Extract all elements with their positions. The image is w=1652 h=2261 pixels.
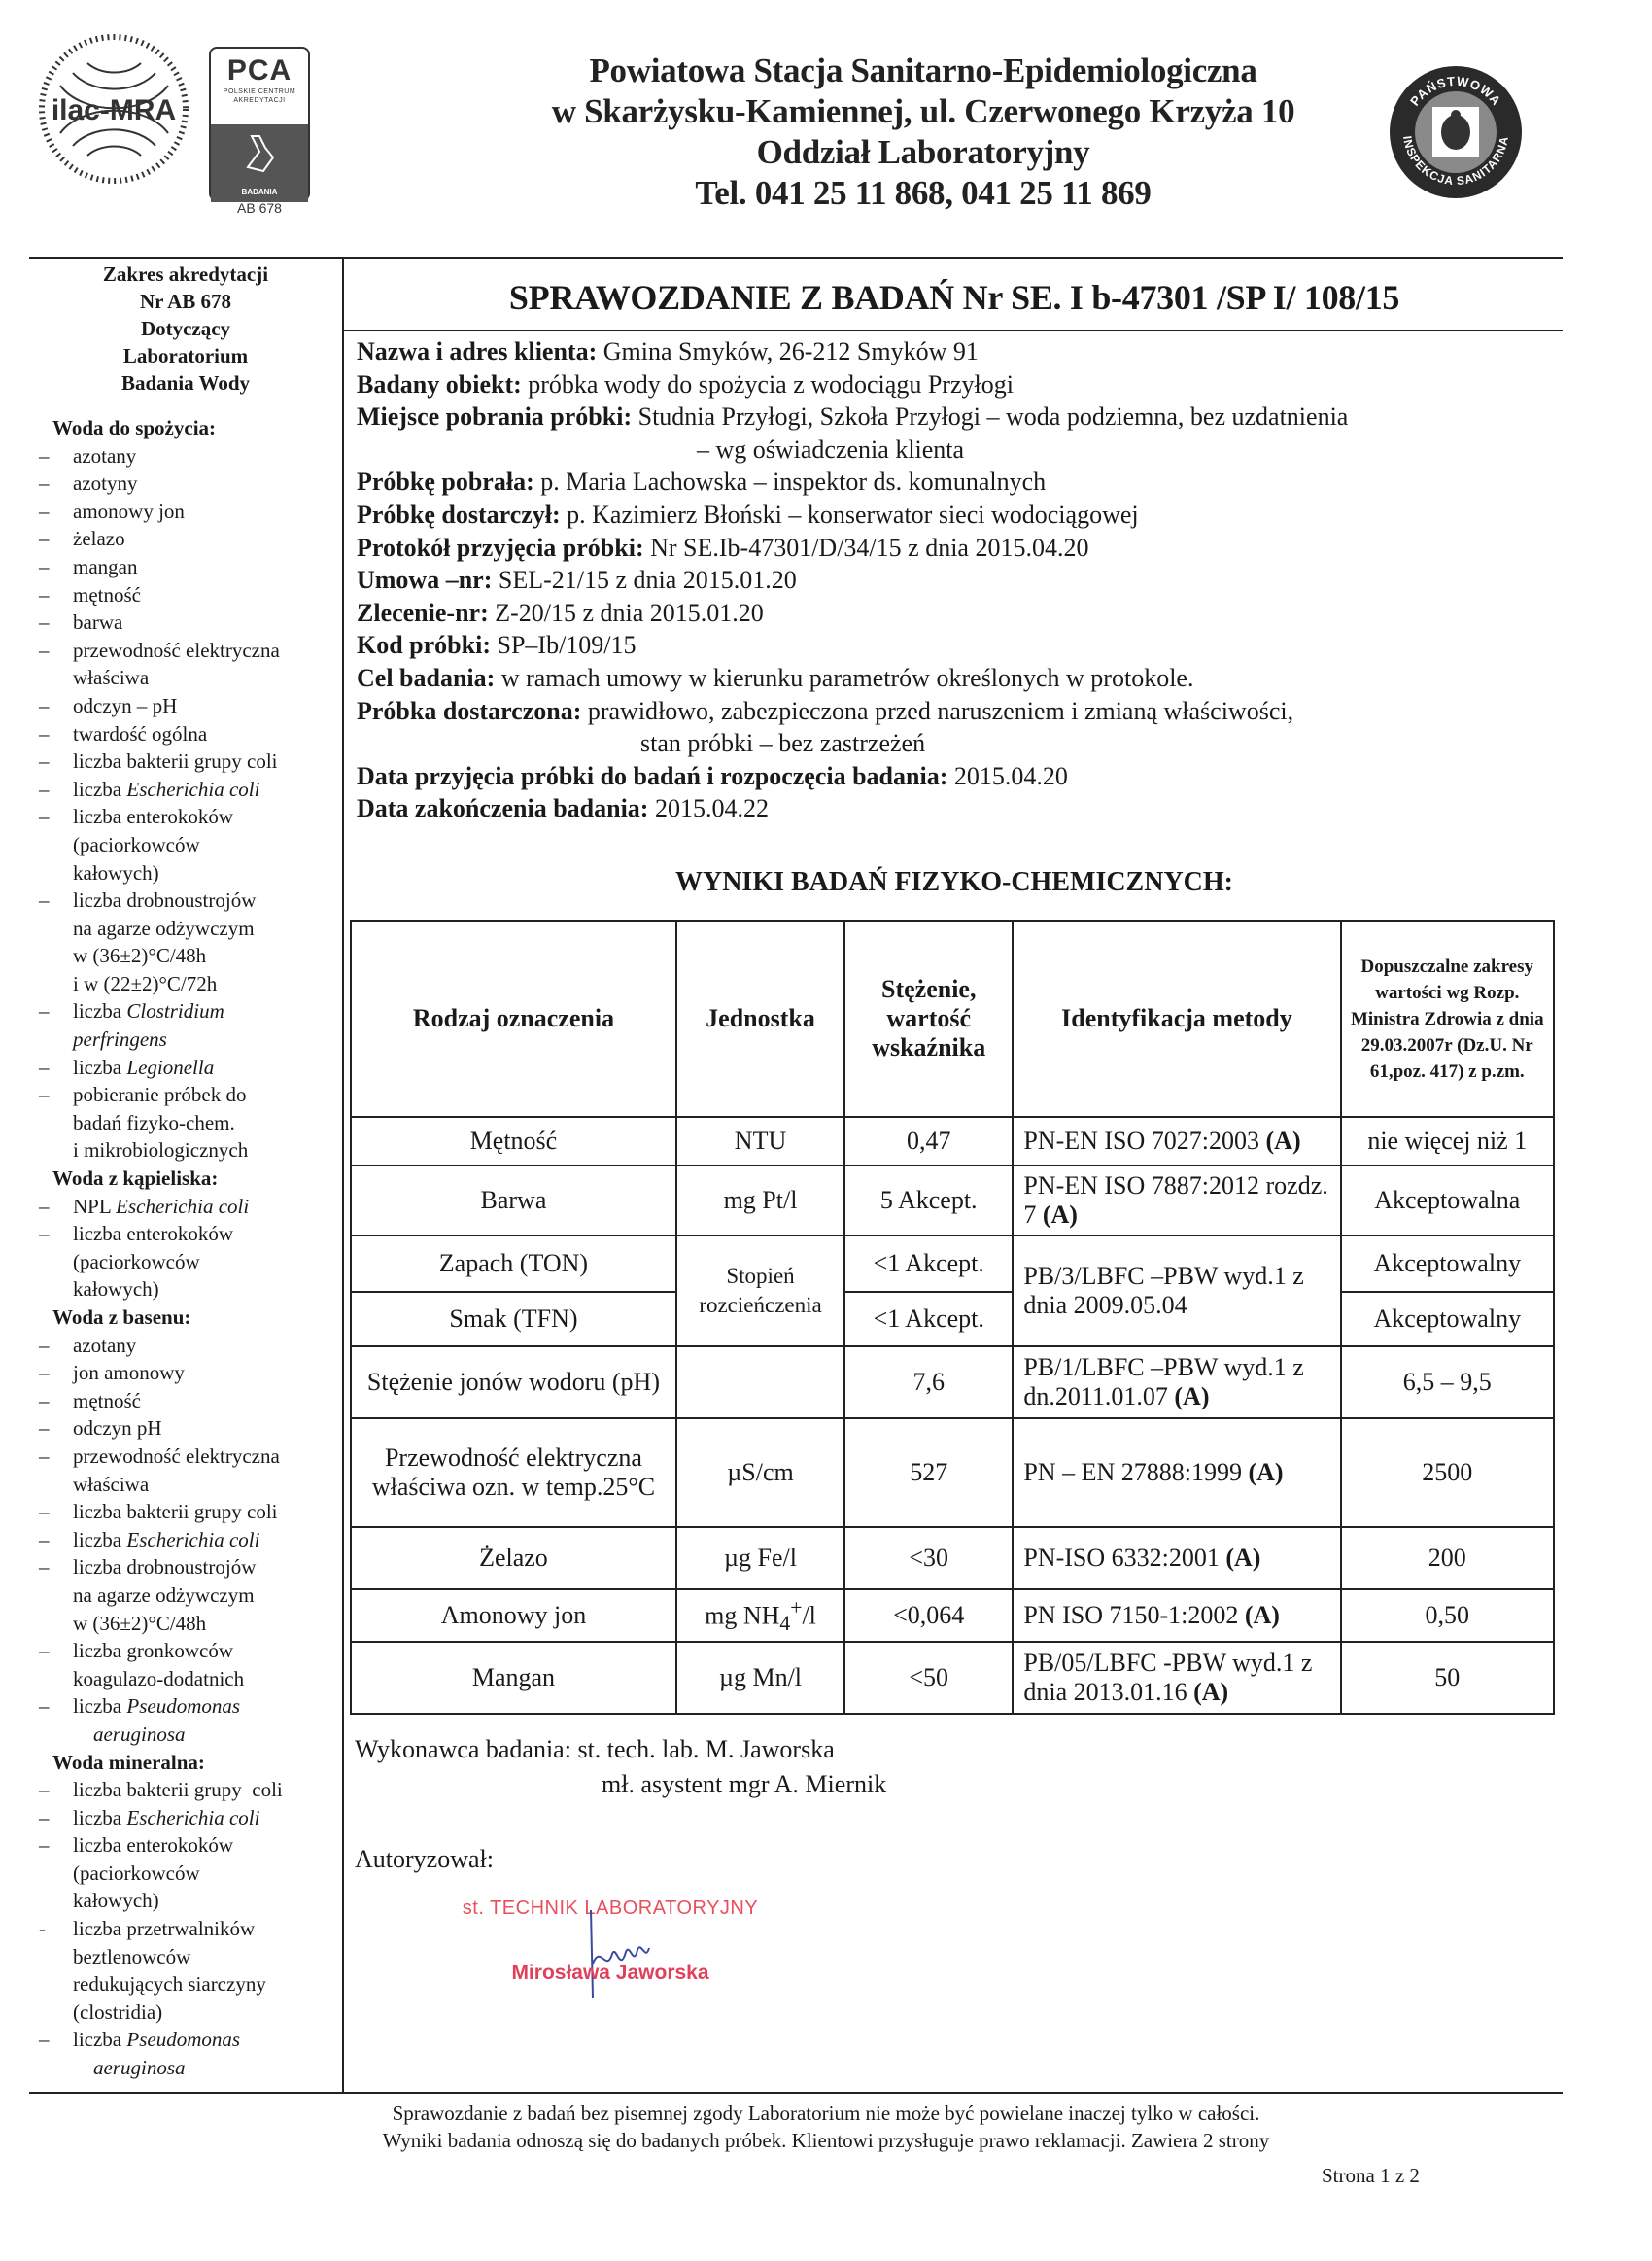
list-item-line: perfringens — [73, 1026, 340, 1054]
accreditation-flag: (A) — [1043, 1200, 1078, 1229]
info-field: Data przyjęcia próbki do badań i rozpocz… — [357, 760, 1562, 793]
field-value: próbka wody do spożycia z wodociągu Przy… — [522, 370, 1014, 399]
table-row: Zapach (TON)Stopieńrozcieńczenia<1 Akcep… — [351, 1235, 1554, 1292]
dash-bullet: – — [39, 803, 50, 831]
section-title: Woda do spożycia: — [31, 414, 340, 442]
list-item-line: przewodność elektryczna — [73, 1443, 340, 1471]
accreditation-flag: (A) — [1248, 1458, 1283, 1486]
list-item: –liczba enterokoków(paciorkowcówkałowych… — [31, 1220, 340, 1304]
list-item-line: amonowy jon — [73, 498, 340, 526]
performed-by: Wykonawca badania: st. tech. lab. M. Jaw… — [355, 1732, 886, 1802]
authorization-stamp: st. TECHNIK LABORATORYJNY Mirosława Jawo… — [445, 1886, 775, 2012]
field-value: prawidłowo, zabezpieczona przed naruszen… — [581, 697, 1293, 725]
field-label: Badany obiekt: — [357, 370, 522, 399]
dash-bullet: – — [39, 1081, 50, 1109]
list-item: –przewodność elektrycznawłaściwa — [31, 637, 340, 692]
report-info: Nazwa i adres klienta: Gmina Smyków, 26-… — [357, 335, 1562, 825]
accreditation-flag: (A) — [1174, 1382, 1209, 1410]
col-unit: Jednostka — [676, 921, 844, 1117]
list-item-line: (paciorkowców — [73, 1248, 340, 1276]
cell-unit: µS/cm — [676, 1418, 844, 1527]
cell-value: 7,6 — [844, 1346, 1013, 1418]
list-item-line: i w (22±2)°C/72h — [73, 970, 340, 998]
col-method: Identyfikacja metody — [1013, 921, 1340, 1117]
results-table: Rodzaj oznaczenia Jednostka Stężenie,war… — [350, 920, 1555, 1715]
field-label: Cel badania: — [357, 664, 495, 692]
cell-parameter: Smak (TFN) — [351, 1292, 676, 1346]
dash-bullet: – — [39, 1193, 50, 1221]
info-field: Protokół przyjęcia próbki: Nr SE.Ib-4730… — [357, 532, 1562, 565]
cell-method: PB/3/LBFC –PBW wyd.1 z dnia 2009.05.04 — [1013, 1235, 1340, 1346]
field-label: Próbka dostarczona: — [357, 697, 581, 725]
section-title: Woda z basenu: — [31, 1304, 340, 1332]
list-item-line: liczba drobnoustrojów — [73, 887, 340, 915]
info-field: Miejsce pobrania próbki: Studnia Przyłog… — [357, 400, 1562, 434]
col-limit: Dopuszczalne zakresy wartości wg Rozp. M… — [1341, 921, 1554, 1117]
list-item: –mętność — [31, 581, 340, 609]
list-item: –azotyny — [31, 470, 340, 498]
cell-unit — [676, 1346, 844, 1418]
list-item-line: liczba przetrwalników — [73, 1915, 340, 1943]
list-item-line: pobieranie próbek do — [73, 1081, 340, 1109]
list-item: –liczba gronkowcówkoagulazo-dodatnich — [31, 1637, 340, 1692]
institution-header: Powiatowa Stacja Sanitarno-Epidemiologic… — [350, 51, 1497, 214]
list-item: –liczba drobnoustrojówna agarze odżywczy… — [31, 1553, 340, 1637]
cell-unit: mg NH4+/l — [676, 1589, 844, 1642]
list-item-line: liczba Escherichia coli — [73, 776, 340, 804]
list-item-line: na agarze odżywczym — [73, 1582, 340, 1610]
list-item-line: NPL Escherichia coli — [73, 1193, 340, 1221]
list-item-line: liczba Pseudomonas — [73, 2026, 340, 2054]
field-label: Data przyjęcia próbki do badań i rozpocz… — [357, 762, 947, 790]
info-field: Badany obiekt: próbka wody do spożycia z… — [357, 368, 1562, 401]
institution-department: Oddział Laboratoryjny — [350, 132, 1497, 173]
cell-parameter: Stężenie jonów wodoru (pH) — [351, 1346, 676, 1418]
dash-bullet: – — [39, 887, 50, 915]
cell-parameter: Barwa — [351, 1165, 676, 1235]
list-item: –liczba enterokoków(paciorkowcówkałowych… — [31, 1831, 340, 1915]
list-item-line: mętność — [73, 1387, 340, 1415]
field-value: Studnia Przyłogi, Szkoła Przyłogi – woda… — [632, 402, 1348, 431]
cell-unit: µg Fe/l — [676, 1527, 844, 1589]
list-item: –NPL Escherichia coli — [31, 1193, 340, 1221]
list-item-line: twardość ogólna — [73, 720, 340, 748]
sidebar-divider — [342, 257, 344, 2092]
list-item-line: aeruginosa — [73, 1721, 340, 1749]
info-field: Cel badania: w ramach umowy w kierunku p… — [357, 662, 1562, 695]
field-label: Kod próbki: — [357, 631, 491, 659]
field-value: Z-20/15 z dnia 2015.01.20 — [489, 599, 764, 627]
list-item-line: mętność — [73, 581, 340, 609]
accreditation-line: Badania Wody — [31, 369, 340, 397]
dash-bullet: – — [39, 692, 50, 720]
cell-limit: 2500 — [1341, 1418, 1554, 1527]
dash-bullet: – — [39, 1553, 50, 1582]
field-label: Nazwa i adres klienta: — [357, 337, 597, 365]
cell-limit: nie więcej niż 1 — [1341, 1117, 1554, 1165]
list-item-line: w (36±2)°C/48h — [73, 1610, 340, 1638]
dash-bullet: – — [39, 1414, 50, 1443]
table-row: MętnośćNTU0,47PN-EN ISO 7027:2003 (A)nie… — [351, 1117, 1554, 1165]
dash-bullet: – — [39, 581, 50, 609]
accreditation-line: Nr AB 678 — [31, 288, 340, 315]
header-divider — [29, 257, 1563, 259]
dash-bullet: - — [39, 1915, 46, 1943]
list-item-line: liczba bakterii grupy coli — [73, 1776, 340, 1804]
info-field: Umowa –nr: SEL-21/15 z dnia 2015.01.20 — [357, 564, 1562, 597]
list-item: –przewodność elektrycznawłaściwa — [31, 1443, 340, 1498]
list-item-line: liczba Pseudomonas — [73, 1692, 340, 1721]
dash-bullet: – — [39, 776, 50, 804]
list-item: –liczba enterokoków(paciorkowcówkałowych… — [31, 803, 340, 887]
cell-value: 527 — [844, 1418, 1013, 1527]
list-item: –odczyn – pH — [31, 692, 340, 720]
accreditation-line: Dotyczący — [31, 315, 340, 342]
cell-method: PN-EN ISO 7887:2012 rozdz. 7 (A) — [1013, 1165, 1340, 1235]
field-label: Zlecenie-nr: — [357, 599, 489, 627]
field-value: 2015.04.22 — [648, 794, 769, 822]
cell-method: PN ISO 7150-1:2002 (A) — [1013, 1589, 1340, 1642]
footer-divider — [29, 2092, 1563, 2094]
cell-limit: Akceptowalna — [1341, 1165, 1554, 1235]
dash-bullet: – — [39, 997, 50, 1026]
list-item-line: redukujących siarczyny — [73, 1970, 340, 1999]
field-continuation: stan próbki – bez zastrzeżeń — [357, 727, 1562, 760]
cell-unit: mg Pt/l — [676, 1165, 844, 1235]
col-value: Stężenie,wartośćwskaźnika — [844, 921, 1013, 1117]
table-row: Żelazoµg Fe/l<30PN-ISO 6332:2001 (A)200 — [351, 1527, 1554, 1589]
dash-bullet: – — [39, 442, 50, 470]
institution-address: w Skarżysku-Kamiennej, ul. Czerwonego Kr… — [350, 91, 1497, 132]
dash-bullet: – — [39, 1054, 50, 1082]
table-row: Manganµg Mn/l<50PB/05/LBFC -PBW wyd.1 z … — [351, 1642, 1554, 1714]
dash-bullet: – — [39, 2026, 50, 2054]
cell-parameter: Przewodność elektryczna właściwa ozn. w … — [351, 1418, 676, 1527]
field-label: Miejsce pobrania próbki: — [357, 402, 632, 431]
title-divider — [344, 330, 1563, 331]
cell-value: <0,064 — [844, 1589, 1013, 1642]
cell-limit: Akceptowalny — [1341, 1292, 1554, 1346]
list-item-line: beztlenowców — [73, 1943, 340, 1971]
list-item-line: (paciorkowców — [73, 1860, 340, 1888]
list-item: –liczba Escherichia coli — [31, 1526, 340, 1554]
dash-bullet: – — [39, 1498, 50, 1526]
field-value: 2015.04.20 — [947, 762, 1068, 790]
list-item-line: azotyny — [73, 470, 340, 498]
cell-value: <1 Akcept. — [844, 1292, 1013, 1346]
dash-bullet: – — [39, 1637, 50, 1665]
report-title: SPRAWOZDANIE Z BADAŃ Nr SE. I b-47301 /S… — [347, 277, 1562, 318]
field-value: SP–Ib/109/15 — [491, 631, 637, 659]
cell-unit: Stopieńrozcieńczenia — [676, 1235, 844, 1346]
list-item: –liczba bakterii grupy coli — [31, 1776, 340, 1804]
list-item-line: aeruginosa — [73, 2054, 340, 2082]
cell-method: PB/05/LBFC -PBW wyd.1 z dnia 2013.01.16 … — [1013, 1642, 1340, 1714]
dash-bullet: – — [39, 720, 50, 748]
cell-unit: µg Mn/l — [676, 1642, 844, 1714]
accreditation-line: Laboratorium — [31, 342, 340, 369]
cell-parameter: Mangan — [351, 1642, 676, 1714]
list-item-line: właściwa — [73, 1471, 340, 1499]
list-item: –twardość ogólna — [31, 720, 340, 748]
dash-bullet: – — [39, 553, 50, 581]
list-item: –mangan — [31, 553, 340, 581]
accreditation-flag: (A) — [1245, 1601, 1280, 1629]
dash-bullet: – — [39, 1359, 50, 1387]
field-value: w ramach umowy w kierunku parametrów okr… — [495, 664, 1193, 692]
list-item: –liczba Escherichia coli — [31, 1804, 340, 1832]
field-value: Nr SE.Ib-47301/D/34/15 z dnia 2015.04.20 — [644, 534, 1089, 562]
list-item-line: odczyn pH — [73, 1414, 340, 1443]
cell-limit: 200 — [1341, 1527, 1554, 1589]
info-field: Próbkę pobrała: p. Maria Lachowska – ins… — [357, 466, 1562, 499]
dash-bullet: – — [39, 1692, 50, 1721]
dash-bullet: – — [39, 609, 50, 637]
info-field: Zlecenie-nr: Z-20/15 z dnia 2015.01.20 — [357, 597, 1562, 630]
field-continuation: – wg oświadczenia klienta — [357, 434, 1562, 467]
field-label: Umowa –nr: — [357, 566, 492, 594]
list-item: –jon amonowy — [31, 1359, 340, 1387]
cell-limit: 50 — [1341, 1642, 1554, 1714]
signature-icon — [581, 1905, 659, 2002]
info-field: Próbka dostarczona: prawidłowo, zabezpie… — [357, 695, 1562, 728]
field-label: Próbkę dostarczył: — [357, 501, 561, 529]
authorized-label: Autoryzował: — [355, 1845, 494, 1874]
field-label: Data zakończenia badania: — [357, 794, 648, 822]
list-item-line: badań fizyko-chem. — [73, 1109, 340, 1137]
list-item-line: liczba enterokoków — [73, 803, 340, 831]
cell-value: <50 — [844, 1642, 1013, 1714]
list-item-line: kałowych) — [73, 859, 340, 887]
cell-value: 0,47 — [844, 1117, 1013, 1165]
list-item: –liczba Clostridiumperfringens — [31, 997, 340, 1053]
list-item-line: żelazo — [73, 525, 340, 553]
dash-bullet: – — [39, 1443, 50, 1471]
accreditation-flag: (A) — [1266, 1127, 1301, 1155]
list-item-line: właściwa — [73, 664, 340, 692]
info-field: Kod próbki: SP–Ib/109/15 — [357, 629, 1562, 662]
list-item-line: (paciorkowców — [73, 831, 340, 859]
dash-bullet: – — [39, 1776, 50, 1804]
performer-1: st. tech. lab. M. Jaworska — [577, 1735, 834, 1763]
table-row: Barwamg Pt/l5 Akcept.PN-EN ISO 7887:2012… — [351, 1165, 1554, 1235]
table-row: Smak (TFN)<1 Akcept.Akceptowalny — [351, 1292, 1554, 1346]
accreditation-number: AB 678 — [209, 200, 310, 216]
cell-unit: NTU — [676, 1117, 844, 1165]
list-item-line: na agarze odżywczym — [73, 915, 340, 943]
list-item: –barwa — [31, 609, 340, 637]
dash-bullet: – — [39, 1831, 50, 1860]
sanitary-inspection-seal: PAŃSTWOWA INSPEKCJA SANITARNA — [1388, 64, 1524, 200]
list-item-line: liczba bakterii grupy coli — [73, 1498, 340, 1526]
list-item: –pobieranie próbek dobadań fizyko-chem.i… — [31, 1081, 340, 1165]
info-field: Próbkę dostarczył: p. Kazimierz Błoński … — [357, 499, 1562, 532]
info-field: Nazwa i adres klienta: Gmina Smyków, 26-… — [357, 335, 1562, 368]
list-item-line: liczba Escherichia coli — [73, 1526, 340, 1554]
accreditation-sections: Woda do spożycia:–azotany–azotyny–amonow… — [31, 414, 340, 2082]
page-number: Strona 1 z 2 — [1322, 2164, 1420, 2188]
flask-icon — [240, 132, 279, 175]
list-item-line: liczba enterokoków — [73, 1831, 340, 1860]
dash-bullet: – — [39, 1526, 50, 1554]
accreditation-flag: (A) — [1225, 1544, 1260, 1572]
list-item: –liczba Legionella — [31, 1054, 340, 1082]
cell-limit: 0,50 — [1341, 1589, 1554, 1642]
cell-method: PB/1/LBFC –PBW wyd.1 z dn.2011.01.07 (A) — [1013, 1346, 1340, 1418]
table-row: Stężenie jonów wodoru (pH)7,6PB/1/LBFC –… — [351, 1346, 1554, 1418]
list-item: –amonowy jon — [31, 498, 340, 526]
list-item-line: liczba Legionella — [73, 1054, 340, 1082]
list-item: –azotany — [31, 1332, 340, 1360]
cell-parameter: Mętność — [351, 1117, 676, 1165]
cell-parameter: Zapach (TON) — [351, 1235, 676, 1292]
table-row: Przewodność elektryczna właściwa ozn. w … — [351, 1418, 1554, 1527]
cell-method: PN-EN ISO 7027:2003 (A) — [1013, 1117, 1340, 1165]
cell-parameter: Amonowy jon — [351, 1589, 676, 1642]
section-title: Woda mineralna: — [31, 1749, 340, 1777]
list-item-line: odczyn – pH — [73, 692, 340, 720]
accreditation-scope-sidebar: Zakres akredytacjiNr AB 678DotyczącyLabo… — [31, 261, 340, 2082]
list-item-line: liczba drobnoustrojów — [73, 1553, 340, 1582]
list-item: –żelazo — [31, 525, 340, 553]
list-item: –odczyn pH — [31, 1414, 340, 1443]
dash-bullet: – — [39, 1804, 50, 1832]
dash-bullet: – — [39, 1387, 50, 1415]
results-heading: WYNIKI BADAŃ FIZYKO-CHEMICZNYCH: — [347, 867, 1562, 898]
list-item-line: (clostridia) — [73, 1999, 340, 2027]
list-item-line: mangan — [73, 553, 340, 581]
ilac-mra-logo: ilac-MRA — [39, 29, 189, 190]
list-item-line: liczba bakterii grupy coli — [73, 748, 340, 776]
list-item: –mętność — [31, 1387, 340, 1415]
list-item-line: kałowych) — [73, 1887, 340, 1915]
dash-bullet: – — [39, 1220, 50, 1248]
cell-method: PN – EN 27888:1999 (A) — [1013, 1418, 1340, 1527]
list-item-line: liczba Clostridium — [73, 997, 340, 1026]
col-parameter: Rodzaj oznaczenia — [351, 921, 676, 1117]
institution-phone: Tel. 041 25 11 868, 041 25 11 869 — [350, 173, 1497, 214]
dash-bullet: – — [39, 637, 50, 665]
performer-2: mł. asystent mgr A. Miernik — [355, 1767, 886, 1802]
cell-parameter: Żelazo — [351, 1527, 676, 1589]
info-field: Data zakończenia badania: 2015.04.22 — [357, 792, 1562, 825]
section-title: Woda z kąpieliska: — [31, 1165, 340, 1193]
list-item: -liczba przetrwalnikówbeztlenowcówreduku… — [31, 1915, 340, 2026]
list-item-line: azotany — [73, 442, 340, 470]
list-item-line: liczba gronkowców — [73, 1637, 340, 1665]
list-item-line: liczba enterokoków — [73, 1220, 340, 1248]
field-value: SEL-21/15 z dnia 2015.01.20 — [492, 566, 796, 594]
list-item-line: barwa — [73, 609, 340, 637]
field-label: Protokół przyjęcia próbki: — [357, 534, 644, 562]
accreditation-line: Zakres akredytacji — [31, 261, 340, 288]
list-item-line: w (36±2)°C/48h — [73, 942, 340, 970]
list-item: –liczba Pseudomonas aeruginosa — [31, 2026, 340, 2081]
list-item-line: jon amonowy — [73, 1359, 340, 1387]
stamp-name: Mirosława Jaworska — [445, 1962, 775, 1985]
list-item: –liczba drobnoustrojówna agarze odżywczy… — [31, 887, 340, 997]
list-item: –azotany — [31, 442, 340, 470]
field-value: p. Kazimierz Błoński – konserwator sieci… — [561, 501, 1139, 529]
field-label: Próbkę pobrała: — [357, 468, 534, 496]
cell-value: 5 Akcept. — [844, 1165, 1013, 1235]
dash-bullet: – — [39, 470, 50, 498]
list-item-line: liczba Escherichia coli — [73, 1804, 340, 1832]
cell-value: <30 — [844, 1527, 1013, 1589]
footer-disclaimer: Sprawozdanie z badań bez pisemnej zgody … — [194, 2100, 1458, 2154]
dash-bullet: – — [39, 1332, 50, 1360]
institution-name: Powiatowa Stacja Sanitarno-Epidemiologic… — [350, 51, 1497, 91]
dash-bullet: – — [39, 498, 50, 526]
dash-bullet: – — [39, 748, 50, 776]
list-item: –liczba bakterii grupy coli — [31, 1498, 340, 1526]
dash-bullet: – — [39, 525, 50, 553]
cell-limit: 6,5 – 9,5 — [1341, 1346, 1554, 1418]
list-item: –liczba Pseudomonas aeruginosa — [31, 1692, 340, 1748]
cell-method: PN-ISO 6332:2001 (A) — [1013, 1527, 1340, 1589]
list-item-line: azotany — [73, 1332, 340, 1360]
table-row: Amonowy jonmg NH4+/l<0,064PN ISO 7150-1:… — [351, 1589, 1554, 1642]
accreditation-flag: (A) — [1193, 1678, 1228, 1706]
accreditation-heading: Zakres akredytacjiNr AB 678DotyczącyLabo… — [31, 261, 340, 397]
list-item-line: kałowych) — [73, 1275, 340, 1304]
list-item: –liczba Escherichia coli — [31, 776, 340, 804]
svg-text:ilac-MRA: ilac-MRA — [52, 94, 176, 126]
list-item-line: i mikrobiologicznych — [73, 1136, 340, 1165]
cell-limit: Akceptowalny — [1341, 1235, 1554, 1292]
field-value: Gmina Smyków, 26-212 Smyków 91 — [597, 337, 979, 365]
list-item-line: przewodność elektryczna — [73, 637, 340, 665]
table-header-row: Rodzaj oznaczenia Jednostka Stężenie,war… — [351, 921, 1554, 1117]
field-value: p. Maria Lachowska – inspektor ds. komun… — [534, 468, 1046, 496]
list-item: –liczba bakterii grupy coli — [31, 748, 340, 776]
list-item-line: koagulazo-dodatnich — [73, 1665, 340, 1693]
pca-logo: PCA POLSKIE CENTRUM AKREDYTACJI BADANIA — [209, 47, 310, 201]
cell-value: <1 Akcept. — [844, 1235, 1013, 1292]
